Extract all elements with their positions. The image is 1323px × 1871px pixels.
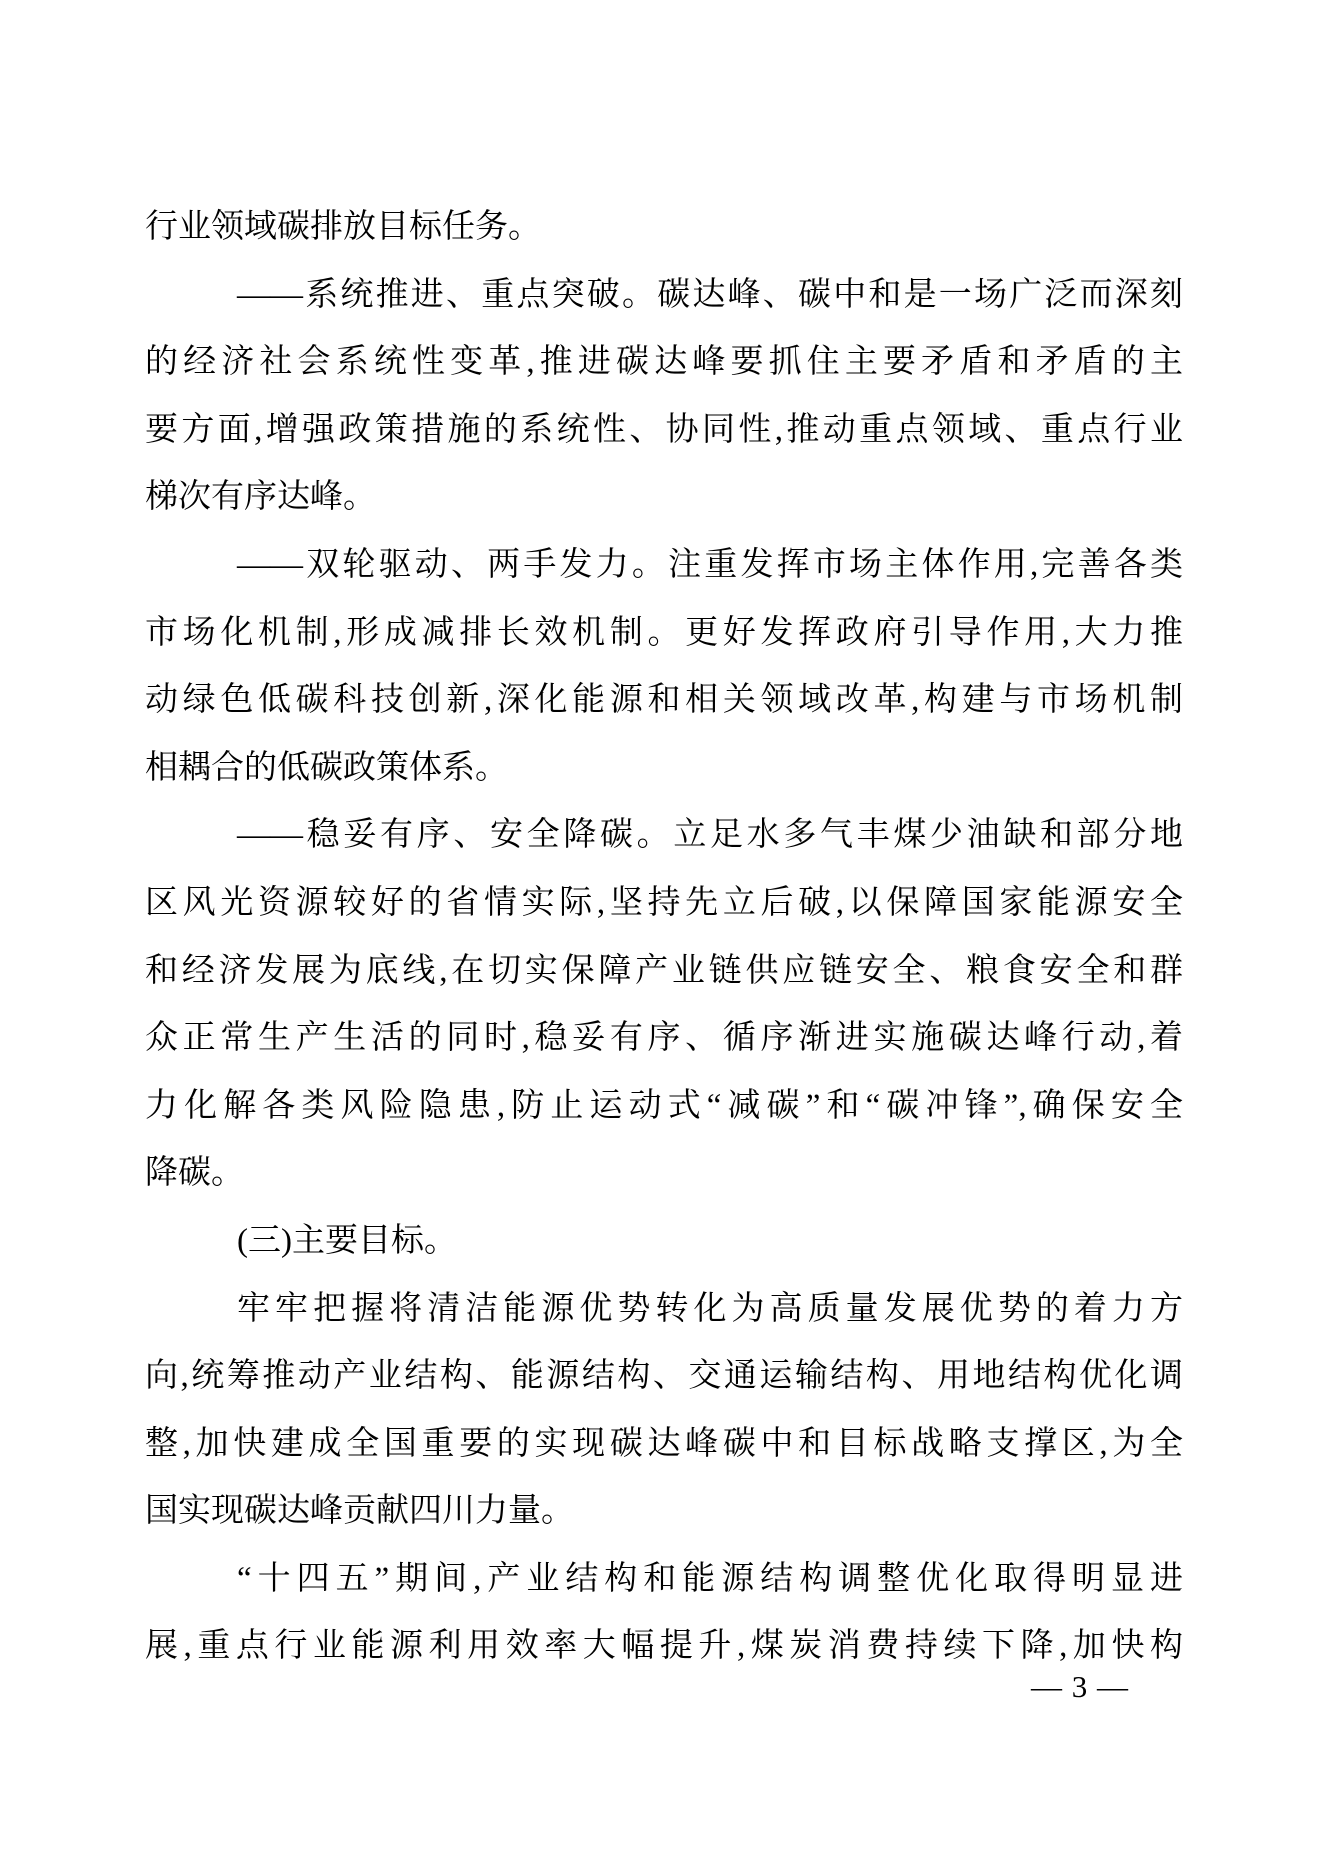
text-line: 力化解各类风险隐患,防止运动式“减碳”和“碳冲锋”,确保安全 bbox=[145, 1073, 1183, 1141]
text-line: 的经济社会系统性变革,推进碳达峰要抓住主要矛盾和矛盾的主 bbox=[145, 329, 1183, 397]
page-number: — 3 — bbox=[1020, 1661, 1140, 1713]
text-line: 动绿色低碳科技创新,深化能源和相关领域改革,构建与市场机制 bbox=[145, 667, 1183, 735]
section-heading: (三)主要目标。 bbox=[145, 1208, 1183, 1276]
text-line: 市场化机制,形成减排长效机制。更好发挥政府引导作用,大力推 bbox=[145, 600, 1183, 668]
text-line: 整,加快建成全国重要的实现碳达峰碳中和目标战略支撑区,为全 bbox=[145, 1411, 1183, 1479]
text-line: 相耦合的低碳政策体系。 bbox=[145, 735, 1183, 803]
text-line: 和经济发展为底线,在切实保障产业链供应链安全、粮食安全和群 bbox=[145, 938, 1183, 1006]
text-line: 降碳。 bbox=[145, 1140, 1183, 1208]
text-line: ——系统推进、重点突破。碳达峰、碳中和是一场广泛而深刻 bbox=[145, 262, 1183, 330]
text-line: 行业领域碳排放目标任务。 bbox=[145, 194, 1183, 262]
text-line: 向,统筹推动产业结构、能源结构、交通运输结构、用地结构优化调 bbox=[145, 1343, 1183, 1411]
text-line: 梯次有序达峰。 bbox=[145, 464, 1183, 532]
text-line: ——双轮驱动、两手发力。注重发挥市场主体作用,完善各类 bbox=[145, 532, 1183, 600]
text-line: 众正常生产生活的同时,稳妥有序、循序渐进实施碳达峰行动,着 bbox=[145, 1005, 1183, 1073]
text-line: “十四五”期间,产业结构和能源结构调整优化取得明显进 bbox=[145, 1546, 1183, 1614]
text-line: 国实现碳达峰贡献四川力量。 bbox=[145, 1478, 1183, 1546]
body-text: 行业领域碳排放目标任务。——系统推进、重点突破。碳达峰、碳中和是一场广泛而深刻的… bbox=[145, 194, 1183, 1681]
text-line: ——稳妥有序、安全降碳。立足水多气丰煤少油缺和部分地 bbox=[145, 802, 1183, 870]
text-line: 要方面,增强政策措施的系统性、协同性,推动重点领域、重点行业 bbox=[145, 397, 1183, 465]
text-line: 区风光资源较好的省情实际,坚持先立后破,以保障国家能源安全 bbox=[145, 870, 1183, 938]
document-page: 行业领域碳排放目标任务。——系统推进、重点突破。碳达峰、碳中和是一场广泛而深刻的… bbox=[0, 0, 1323, 1871]
text-line: 牢牢把握将清洁能源优势转化为高质量发展优势的着力方 bbox=[145, 1276, 1183, 1344]
